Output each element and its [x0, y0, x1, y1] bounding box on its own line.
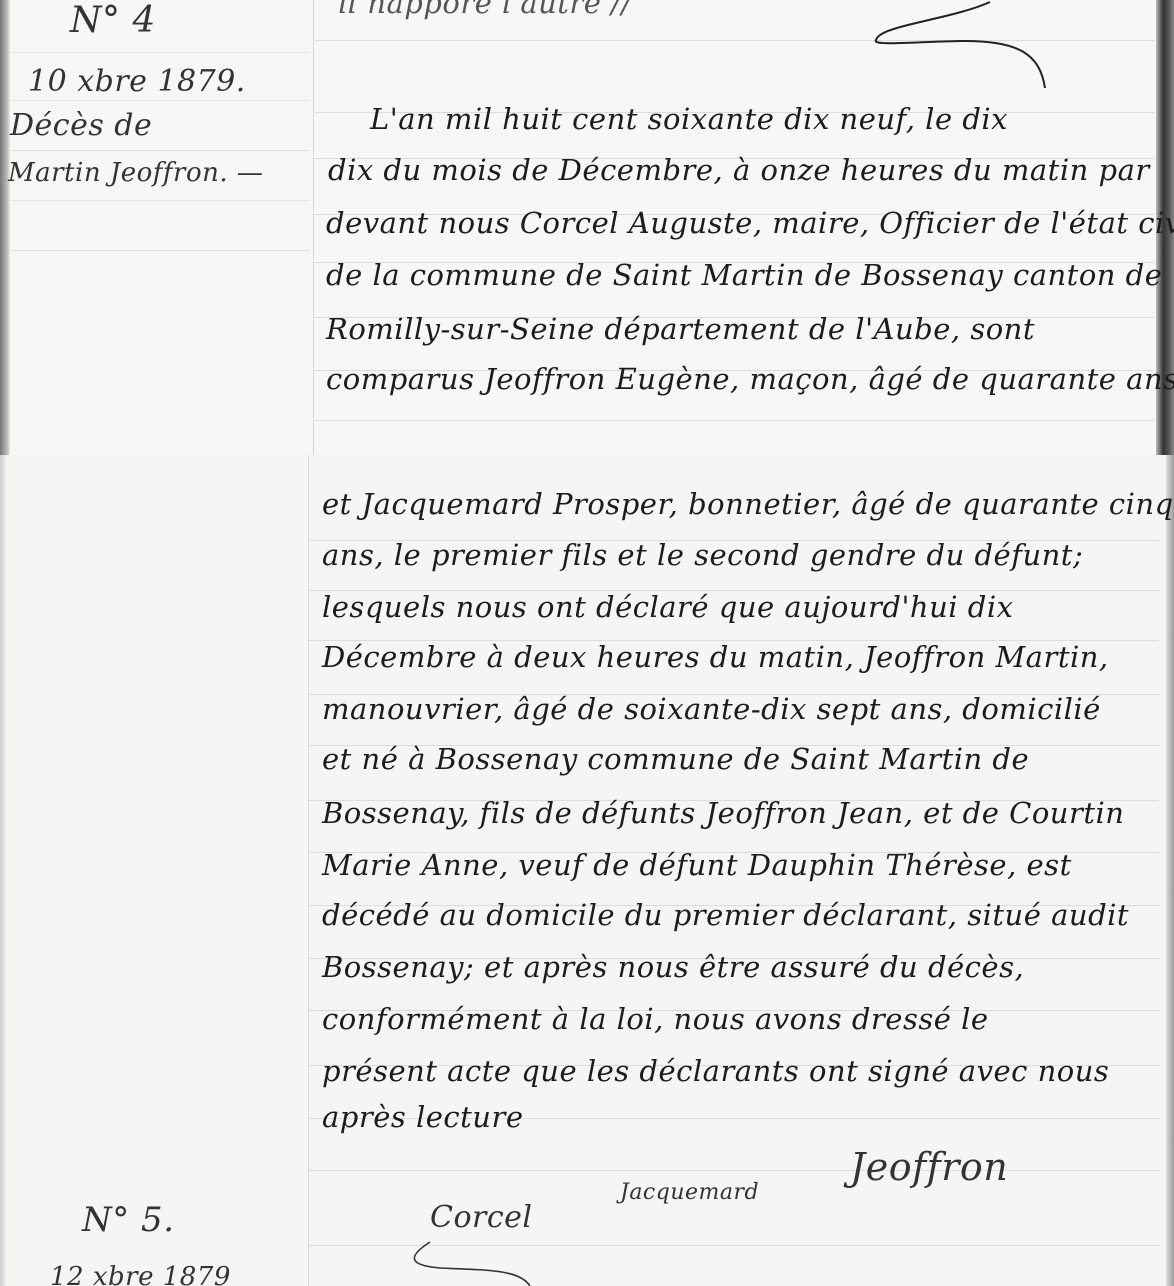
record-line: et né à Bossenay commune de Saint Martin… [322, 742, 1029, 776]
entry-date: 10 xbre 1879. [28, 64, 246, 99]
binding-edge-left-lower [0, 455, 6, 1286]
ruled-line [314, 420, 1154, 421]
record-line: Bossenay, fils de défunts Jeoffron Jean,… [322, 796, 1124, 830]
margin-ruled-line [10, 52, 310, 53]
record-line: ans, le premier fils et le second gendre… [322, 538, 1083, 572]
margin-ruled-line [10, 100, 310, 101]
record-line: Marie Anne, veuf de défunt Dauphin Thérè… [322, 848, 1072, 882]
record-line: Décembre à deux heures du matin, Jeoffro… [322, 640, 1109, 674]
entry-number: N° 4 [70, 0, 156, 41]
binding-edge-right-lower [1166, 455, 1174, 1286]
margin-rule [313, 0, 314, 455]
margin-rule-lower [308, 455, 309, 1286]
record-line: décédé au domicile du premier déclarant,… [322, 898, 1129, 932]
closing-flourish [870, 0, 1090, 90]
previous-entry-fragment: il nappore l'autre // [338, 0, 632, 20]
record-line: Bossenay; et après nous être assuré du d… [322, 950, 1024, 984]
record-line: lesquels nous ont déclaré que aujourd'hu… [322, 590, 1013, 624]
margin-ruled-line [10, 150, 310, 151]
register-page: il nappore l'autre // N° 4 10 xbre 1879.… [0, 0, 1174, 1286]
entry-title-line2: Martin Jeoffron. — [8, 158, 263, 188]
signature-declarant-2: Jacquemard [620, 1180, 759, 1205]
record-line: devant nous Corcel Auguste, maire, Offic… [326, 206, 1174, 240]
record-line: conformément à la loi, nous avons dressé… [322, 1002, 989, 1036]
ruled-line [309, 1170, 1159, 1171]
record-line: comparus Jeoffron Eugène, maçon, âgé de … [326, 362, 1174, 396]
signature-mayor: Corcel [430, 1200, 533, 1235]
next-entry-date: 12 xbre 1879 [50, 1262, 231, 1286]
record-line: de la commune de Saint Martin de Bossena… [326, 258, 1162, 292]
entry-title-line1: Décès de [10, 108, 152, 143]
signature-declarant-1: Jeoffron [850, 1145, 1008, 1189]
record-line: Romilly-sur-Seine département de l'Aube,… [326, 312, 1035, 346]
record-line: présent acte que les déclarants ont sign… [322, 1054, 1109, 1088]
margin-ruled-line [10, 250, 310, 251]
record-line: et Jacquemard Prosper, bonnetier, âgé de… [322, 487, 1174, 521]
record-line: dix du mois de Décembre, à onze heures d… [328, 153, 1150, 187]
record-line: après lecture [322, 1100, 524, 1134]
next-entry-number: N° 5. [82, 1200, 175, 1240]
binding-edge-left [0, 0, 10, 455]
signature-flourish [400, 1240, 560, 1286]
margin-ruled-line [10, 200, 310, 201]
record-line: L'an mil huit cent soixante dix neuf, le… [370, 102, 1008, 136]
record-line: manouvrier, âgé de soixante-dix sept ans… [322, 692, 1101, 726]
